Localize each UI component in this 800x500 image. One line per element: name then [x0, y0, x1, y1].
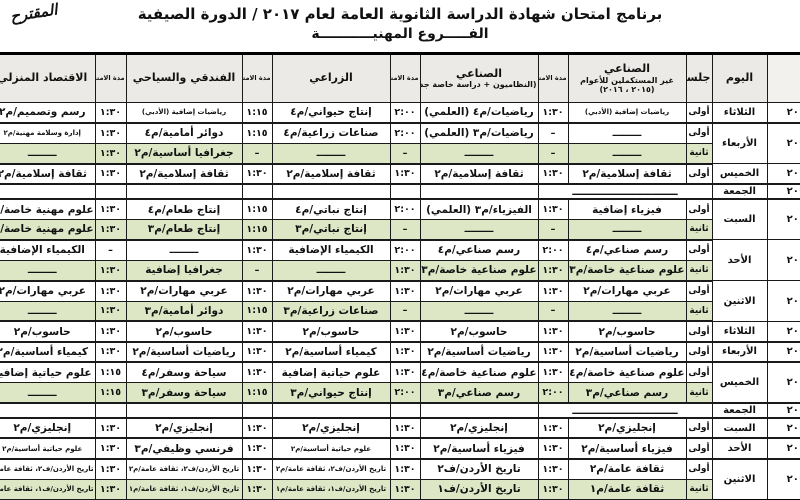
exam-subject-home-economics: ــــــــ — [0, 383, 95, 403]
empty-cell-duration-industrial-regular — [390, 403, 420, 418]
session-cell: أولى — [686, 438, 712, 458]
exam-subject-agricultural: إنجليزي/م٢ — [272, 418, 390, 438]
exam-subject-industrial-incomplete: إنجليزي/م٢ — [568, 418, 686, 438]
exam-subject-industrial-incomplete: ــــــــ — [568, 143, 686, 163]
exam-duration-duration-industrial-incomplete: – — [538, 143, 568, 163]
exam-duration-duration-agricultural: – — [242, 260, 272, 280]
exam-duration-duration-hotel-tourism: ١:٣٠ — [95, 281, 126, 301]
exam-duration-duration-industrial-incomplete: ١:٣٠ — [538, 479, 568, 499]
exam-duration-duration-industrial-regular: ٢:٠٠ — [390, 383, 420, 403]
exam-subject-agricultural: علوم حياتية أساسية/م٢ — [272, 438, 390, 458]
exam-subject-agricultural: عربي مهارات/م٢ — [272, 281, 390, 301]
empty-cell-hotel-tourism — [126, 184, 242, 199]
date-cell: ٢٠١ — [767, 164, 800, 184]
exam-duration-duration-industrial-regular: ١:٣٠ — [390, 438, 420, 458]
exam-subject-industrial-incomplete: ــــــــ — [568, 219, 686, 239]
empty-cell-hotel-tourism — [126, 403, 242, 418]
exam-subject-agricultural: إنتاج حيواني/م٣ — [272, 383, 390, 403]
industrial-incomplete-subtitle: غير المستكملين للأعوام — [570, 76, 685, 85]
exam-duration-duration-industrial-incomplete: ١:٣٠ — [538, 459, 568, 479]
exam-subject-industrial-incomplete: رسم صناعي/م٤ — [568, 240, 686, 260]
exam-subject-agricultural: علوم حياتية إضافية — [272, 362, 390, 382]
exam-duration-duration-hotel-tourism: – — [95, 240, 126, 260]
column-header-duration-hotel-tourism: مدة الامتحان بالساعة — [95, 54, 126, 103]
exam-duration-duration-agricultural: ١:١٥ — [242, 103, 272, 123]
exam-subject-home-economics: رسم وتصميم/م٢ — [0, 103, 95, 123]
exam-duration-duration-industrial-regular: ٢:٠٠ — [390, 240, 420, 260]
exam-subject-hotel-tourism: إنجليزي/م٢ — [126, 418, 242, 438]
exam-duration-duration-industrial-incomplete: ١:٣٠ — [538, 164, 568, 184]
empty-cell-duration-industrial-regular — [390, 184, 420, 199]
exam-subject-hotel-tourism: سياحة وسفر/م٣ — [126, 383, 242, 403]
date-cell: ٢٠١ — [767, 459, 800, 500]
exam-duration-duration-agricultural: ١:٣٠ — [242, 240, 272, 260]
exam-subject-hotel-tourism: إنتاج طعام/م٤ — [126, 199, 242, 219]
exam-duration-duration-hotel-tourism: ١:٣٠ — [95, 321, 126, 341]
empty-cell-industrial-regular — [420, 403, 538, 418]
exam-duration-duration-agricultural: ١:٣٠ — [242, 438, 272, 458]
schedule-row: ٢٠١الثلاثاءأولىحاسوب/م٢١:٣٠حاسوب/م٢١:٣٠ح… — [0, 321, 800, 341]
schedule-row: ثانيةــــــــ–ــــــــ–ــــــــ–جغرافيا … — [0, 143, 800, 163]
exam-subject-hotel-tourism: رياضيات إضافية (الأدبي) — [126, 103, 242, 123]
exam-duration-duration-industrial-incomplete: – — [538, 301, 568, 321]
exam-subject-industrial-regular: علوم صناعية خاصة/م٤ — [420, 362, 538, 382]
exam-duration-duration-agricultural: ١:٣٠ — [242, 342, 272, 362]
day-cell: السبت — [712, 199, 767, 240]
exam-subject-home-economics: إنجليزي/م٢ — [0, 418, 95, 438]
exam-subject-industrial-regular: تاريخ الأردن/ف١ — [420, 479, 538, 499]
exam-subject-agricultural: تاريخ الأردن/ف٢، ثقافة عامة/م٢ — [272, 459, 390, 479]
schedule-row: ٢٠١الأحدأولىرسم صناعي/م٤٢:٠٠رسم صناعي/م٤… — [0, 240, 800, 260]
exam-duration-duration-industrial-regular: ١:٣٠ — [390, 164, 420, 184]
empty-cell-agricultural — [272, 403, 390, 418]
friday-row: ٢٠١الجمعةــــــــــــــــــــــــــــ — [0, 184, 800, 199]
exam-duration-duration-agricultural: – — [242, 143, 272, 163]
date-cell: ٢٠١ — [767, 321, 800, 341]
column-header-duration-industrial-regular: مدة الامتحان بالساعة — [390, 54, 420, 103]
exam-duration-duration-hotel-tourism: ١:٣٠ — [95, 199, 126, 219]
exam-duration-duration-industrial-incomplete: – — [538, 219, 568, 239]
exam-subject-home-economics: علوم حياتية أساسية/م٢ — [0, 438, 95, 458]
exam-duration-duration-industrial-regular: – — [390, 219, 420, 239]
date-cell: ٢٠١ — [767, 342, 800, 362]
exam-subject-industrial-incomplete: ــــــــ — [568, 123, 686, 143]
day-cell: الأربعاء — [712, 342, 767, 362]
empty-cell-home-economics — [0, 184, 95, 199]
session-cell: أولى — [686, 418, 712, 438]
exam-subject-home-economics: عربي مهارات/م٢ — [0, 281, 95, 301]
exam-subject-industrial-regular: ــــــــ — [420, 301, 538, 321]
exam-duration-duration-hotel-tourism: ١:٣٠ — [95, 342, 126, 362]
exam-subject-hotel-tourism: فرنسي وظيفي/م٣ — [126, 438, 242, 458]
exam-duration-duration-industrial-incomplete: ١:٣٠ — [538, 438, 568, 458]
exam-subject-hotel-tourism: دوائر أمامية/م٣ — [126, 301, 242, 321]
exam-duration-duration-agricultural: ١:١٥ — [242, 383, 272, 403]
exam-subject-agricultural: تاريخ الأردن/ف١، ثقافة عامة/م١ — [272, 479, 390, 499]
schedule-row: ثانيةــــــــ–ــــــــ–إنتاج نباتي/م٣١:١… — [0, 219, 800, 239]
session-cell: أولى — [686, 342, 712, 362]
exam-subject-hotel-tourism: ــــــــ — [126, 240, 242, 260]
table-body: ٢٠١الثلاثاءأولىرياضيات إضافية (الأدبي)١:… — [0, 103, 800, 500]
schedule-row: ٢٠١السبتأولىإنجليزي/م٢١:٣٠إنجليزي/م٢١:٣٠… — [0, 418, 800, 438]
empty-cell-agricultural — [272, 184, 390, 199]
exam-subject-industrial-incomplete: ــــــــ — [568, 301, 686, 321]
document-title: برنامج امتحان شهادة الدراسة الثانوية الع… — [0, 5, 800, 23]
exam-duration-duration-agricultural: ١:٣٠ — [242, 164, 272, 184]
exam-duration-duration-industrial-incomplete: ١:٣٠ — [538, 103, 568, 123]
exam-subject-industrial-incomplete: حاسوب/م٢ — [568, 321, 686, 341]
exam-duration-duration-hotel-tourism: ١:٣٠ — [95, 103, 126, 123]
exam-subject-industrial-regular: فيزياء أساسية/م٢ — [420, 438, 538, 458]
exam-subject-home-economics: علوم مهنية خاصة/م٣ — [0, 219, 95, 239]
exam-duration-duration-hotel-tourism: ١:٣٠ — [95, 459, 126, 479]
exam-subject-industrial-regular: علوم صناعية خاصة/م٣ — [420, 260, 538, 280]
session-cell: أولى — [686, 240, 712, 260]
exam-duration-duration-industrial-regular: ٢:٠٠ — [390, 123, 420, 143]
exam-subject-industrial-incomplete: علوم صناعية خاصة/م٣ — [568, 260, 686, 280]
date-cell: ٢٠١ — [767, 184, 800, 199]
exam-subject-industrial-regular: رياضيات/م٤ (العلمي) — [420, 103, 538, 123]
exam-subject-home-economics: تاريخ الأردن/ف١، ثقافة عامة/م١ — [0, 479, 95, 499]
exam-duration-duration-hotel-tourism: ١:٣٠ — [95, 123, 126, 143]
exam-duration-duration-hotel-tourism: ١:٣٠ — [95, 164, 126, 184]
schedule-row: ٢٠١الخميسأولىعلوم صناعية خاصة/م٤١:٣٠علوم… — [0, 362, 800, 382]
industrial-regular-subtitle: (النظاميون + دراسة خاصة جدد) — [422, 80, 537, 89]
day-cell: الجمعة — [712, 403, 767, 418]
exam-subject-home-economics: ــــــــ — [0, 143, 95, 163]
exam-subject-home-economics: علوم حياتية إضافية — [0, 362, 95, 382]
exam-subject-industrial-regular: رسم صناعي/م٤ — [420, 240, 538, 260]
exam-duration-duration-agricultural: ١:٣٠ — [242, 479, 272, 499]
day-cell: الخميس — [712, 362, 767, 403]
exam-subject-home-economics: ثقافة إسلامية/م٢ — [0, 164, 95, 184]
exam-subject-hotel-tourism: حاسوب/م٢ — [126, 321, 242, 341]
date-cell: ٢٠١ — [767, 438, 800, 458]
session-cell: أولى — [686, 459, 712, 479]
exam-subject-industrial-incomplete: علوم صناعية خاصة/م٤ — [568, 362, 686, 382]
date-cell: ٢٠١ — [767, 403, 800, 418]
exam-subject-home-economics: كيمياء أساسية/م٢ — [0, 342, 95, 362]
session-cell: ثانية — [686, 219, 712, 239]
schedule-row: ثانيةثقافة عامة/م١١:٣٠تاريخ الأردن/ف١١:٣… — [0, 479, 800, 499]
exam-subject-industrial-regular: ــــــــ — [420, 219, 538, 239]
exam-duration-duration-industrial-incomplete: ١:٣٠ — [538, 342, 568, 362]
exam-duration-duration-hotel-tourism: ١:٣٠ — [95, 143, 126, 163]
session-cell: أولى — [686, 164, 712, 184]
exam-subject-industrial-incomplete: فيزياء إضافية — [568, 199, 686, 219]
exam-duration-duration-industrial-regular: – — [390, 301, 420, 321]
session-cell: ثانية — [686, 143, 712, 163]
column-header-duration-industrial-incomplete: مدة الامتحان بالساعة — [538, 54, 568, 103]
date-cell: ٢٠١ — [767, 418, 800, 438]
exam-subject-industrial-incomplete: ثقافة عامة/م٢ — [568, 459, 686, 479]
exam-subject-industrial-incomplete: رياضيات أساسية/م٢ — [568, 342, 686, 362]
industrial-incomplete-title: الصناعي — [570, 63, 685, 76]
exam-subject-industrial-regular: تاريخ الأردن/ف٢ — [420, 459, 538, 479]
exam-subject-industrial-incomplete: ثقافة إسلامية/م٢ — [568, 164, 686, 184]
exam-subject-hotel-tourism: رياضيات أساسية/م٢ — [126, 342, 242, 362]
exam-subject-industrial-regular: رياضيات/م٣ (العلمي) — [420, 123, 538, 143]
exam-subject-industrial-regular: الفيزياء/م٣ (العلمي) — [420, 199, 538, 219]
exam-subject-agricultural: صناعات زراعية/م٤ — [272, 123, 390, 143]
session-cell: ثانية — [686, 479, 712, 499]
exam-duration-duration-agricultural: ١:٣٠ — [242, 362, 272, 382]
exam-duration-duration-agricultural: ١:٣٠ — [242, 459, 272, 479]
day-cell: الجمعة — [712, 184, 767, 199]
schedule-row: ٢٠١الاثنينأولىثقافة عامة/م٢١:٣٠تاريخ الأ… — [0, 459, 800, 479]
exam-duration-duration-industrial-regular: – — [390, 143, 420, 163]
exam-duration-duration-industrial-incomplete: ٢:٠٠ — [538, 240, 568, 260]
exam-subject-industrial-incomplete: ثقافة عامة/م١ — [568, 479, 686, 499]
column-header-home-economics: الاقتصاد المنزلي — [0, 54, 95, 103]
exam-subject-hotel-tourism: جغرافيا إضافية — [126, 260, 242, 280]
friday-separator-line: ــــــــــــــــــــــــــــ — [538, 403, 712, 418]
exam-subject-agricultural: إنتاج حيواني/م٤ — [272, 103, 390, 123]
exam-subject-agricultural: إنتاج نباتي/م٤ — [272, 199, 390, 219]
exam-duration-duration-industrial-incomplete: ١:٣٠ — [538, 362, 568, 382]
exam-subject-agricultural: إنتاج نباتي/م٣ — [272, 219, 390, 239]
exam-duration-duration-industrial-regular: ١:٣٠ — [390, 459, 420, 479]
date-cell: ٢٠١ — [767, 123, 800, 164]
exam-duration-duration-agricultural: ١:١٥ — [242, 199, 272, 219]
exam-duration-duration-industrial-regular: ١:٣٠ — [390, 479, 420, 499]
date-cell: ٢٠١ — [767, 103, 800, 123]
exam-subject-industrial-regular: حاسوب/م٢ — [420, 321, 538, 341]
exam-duration-duration-hotel-tourism: ١:٣٠ — [95, 219, 126, 239]
date-cell: ٢٠١ — [767, 199, 800, 240]
friday-row: ٢٠١الجمعةــــــــــــــــــــــــــــ — [0, 403, 800, 418]
exam-duration-duration-industrial-regular: ٢:٠٠ — [390, 199, 420, 219]
exam-duration-duration-industrial-incomplete: – — [538, 123, 568, 143]
session-cell: ثانية — [686, 260, 712, 280]
friday-separator-line: ــــــــــــــــــــــــــــ — [538, 184, 712, 199]
schedule-row: ٢٠١الخميسأولىثقافة إسلامية/م٢١:٣٠ثقافة إ… — [0, 164, 800, 184]
exam-duration-duration-hotel-tourism: ١:٣٠ — [95, 438, 126, 458]
day-cell: الثلاثاء — [712, 321, 767, 341]
column-header-industrial-incomplete: الصناعي غير المستكملين للأعوام (٢٠١٥ ، ٢… — [568, 54, 686, 103]
exam-subject-agricultural: صناعات زراعية/م٣ — [272, 301, 390, 321]
exam-subject-industrial-regular: رياضيات أساسية/م٢ — [420, 342, 538, 362]
schedule-row: ثانيةعلوم صناعية خاصة/م٣١:٣٠علوم صناعية … — [0, 260, 800, 280]
exam-duration-duration-industrial-regular: ١:٣٠ — [390, 281, 420, 301]
exam-subject-home-economics: ــــــــ — [0, 260, 95, 280]
empty-cell-duration-agricultural — [242, 403, 272, 418]
column-header-duration-agricultural: مدة الامتحان بالساعة — [242, 54, 272, 103]
schedule-row: ٢٠١الأحدأولىفيزياء أساسية/م٢١:٣٠فيزياء أ… — [0, 438, 800, 458]
schedule-row: ثانيةــــــــ–ــــــــ–صناعات زراعية/م٣١… — [0, 301, 800, 321]
exam-duration-duration-industrial-incomplete: ٢:٠٠ — [538, 383, 568, 403]
exam-subject-agricultural: ــــــــ — [272, 143, 390, 163]
exam-duration-duration-industrial-regular: ٢:٠٠ — [390, 103, 420, 123]
exam-subject-hotel-tourism: دوائر أمامية/م٤ — [126, 123, 242, 143]
exam-subject-hotel-tourism: سياحة وسفر/م٤ — [126, 362, 242, 382]
date-cell: ٢٠١ — [767, 281, 800, 322]
industrial-incomplete-years: (٢٠١٥ ، ٢٠١٦) — [570, 85, 685, 94]
column-header-hotel-tourism: الفندقي والسياحي — [126, 54, 242, 103]
exam-duration-duration-industrial-incomplete: ١:٣٠ — [538, 321, 568, 341]
empty-cell-industrial-regular — [420, 184, 538, 199]
exam-duration-duration-agricultural: ١:٣٠ — [242, 321, 272, 341]
day-cell: الثلاثاء — [712, 103, 767, 123]
schedule-row: ٢٠١الاثنينأولىعربي مهارات/م٢١:٣٠عربي مها… — [0, 281, 800, 301]
exam-subject-industrial-regular: رسم صناعي/م٣ — [420, 383, 538, 403]
empty-cell-duration-agricultural — [242, 184, 272, 199]
column-header-agricultural: الزراعي — [272, 54, 390, 103]
column-header-session: جلسة — [686, 54, 712, 103]
exam-subject-hotel-tourism: ثقافة إسلامية/م٢ — [126, 164, 242, 184]
exam-duration-duration-agricultural: ١:١٥ — [242, 219, 272, 239]
exam-duration-duration-industrial-regular: ١:٣٠ — [390, 342, 420, 362]
date-cell: ٢٠١ — [767, 362, 800, 403]
session-cell: أولى — [686, 103, 712, 123]
exam-subject-industrial-regular: إنجليزي/م٢ — [420, 418, 538, 438]
exam-subject-home-economics: تاريخ الأردن/ف٢، ثقافة عامة/م٢ — [0, 459, 95, 479]
exam-schedule-table: اليوم جلسة الصناعي غير المستكملين للأعوا… — [0, 52, 800, 500]
column-header-date — [767, 54, 800, 103]
exam-duration-duration-hotel-tourism: ١:٣٠ — [95, 301, 126, 321]
exam-subject-home-economics: حاسوب/م٢ — [0, 321, 95, 341]
day-cell: الأحد — [712, 240, 767, 281]
column-header-industrial-regular: الصناعي (النظاميون + دراسة خاصة جدد) — [420, 54, 538, 103]
empty-cell-duration-hotel-tourism — [95, 184, 126, 199]
session-cell: أولى — [686, 123, 712, 143]
document-page: المقترح برنامج امتحان شهادة الدراسة الثا… — [0, 0, 800, 500]
exam-duration-duration-hotel-tourism: ١:١٥ — [95, 383, 126, 403]
exam-subject-industrial-incomplete: عربي مهارات/م٢ — [568, 281, 686, 301]
date-cell: ٢٠١ — [767, 240, 800, 281]
exam-duration-duration-agricultural: ١:١٥ — [242, 301, 272, 321]
schedule-row: ٢٠١الثلاثاءأولىرياضيات إضافية (الأدبي)١:… — [0, 103, 800, 123]
exam-duration-duration-industrial-regular: ١:٣٠ — [390, 260, 420, 280]
column-header-day: اليوم — [712, 54, 767, 103]
exam-duration-duration-industrial-regular: ١:٣٠ — [390, 362, 420, 382]
exam-subject-industrial-incomplete: رياضيات إضافية (الأدبي) — [568, 103, 686, 123]
exam-subject-hotel-tourism: تاريخ الأردن/ف٢، ثقافة عامة/م٢ — [126, 459, 242, 479]
exam-subject-home-economics: ــــــــ — [0, 301, 95, 321]
session-cell: أولى — [686, 281, 712, 301]
document-subtitle: الفـــــروع المهنيـــــــــــة — [0, 26, 800, 42]
session-cell: أولى — [686, 321, 712, 341]
exam-duration-duration-agricultural: ١:١٥ — [242, 123, 272, 143]
exam-subject-industrial-incomplete: رسم صناعي/م٣ — [568, 383, 686, 403]
exam-subject-hotel-tourism: تاريخ الأردن/ف١، ثقافة عامة/م١ — [126, 479, 242, 499]
exam-duration-duration-industrial-incomplete: ١:٣٠ — [538, 260, 568, 280]
exam-duration-duration-industrial-regular: ١:٣٠ — [390, 418, 420, 438]
day-cell: الأحد — [712, 438, 767, 458]
empty-cell-duration-hotel-tourism — [95, 403, 126, 418]
industrial-regular-title: الصناعي — [422, 68, 537, 81]
table-header-row: اليوم جلسة الصناعي غير المستكملين للأعوا… — [0, 54, 800, 103]
exam-subject-home-economics: الكيمياء الإضافية — [0, 240, 95, 260]
day-cell: السبت — [712, 418, 767, 438]
exam-subject-hotel-tourism: عربي مهارات/م٢ — [126, 281, 242, 301]
exam-subject-agricultural: ــــــــ — [272, 260, 390, 280]
session-cell: ثانية — [686, 383, 712, 403]
day-cell: الخميس — [712, 164, 767, 184]
exam-subject-agricultural: كيمياء أساسية/م٢ — [272, 342, 390, 362]
exam-duration-duration-agricultural: ١:٣٠ — [242, 281, 272, 301]
exam-subject-hotel-tourism: إنتاج طعام/م٣ — [126, 219, 242, 239]
exam-subject-hotel-tourism: جغرافيا أساسية/م٢ — [126, 143, 242, 163]
exam-duration-duration-agricultural: ١:٣٠ — [242, 418, 272, 438]
exam-subject-agricultural: الكيمياء الإضافية — [272, 240, 390, 260]
exam-duration-duration-hotel-tourism: ١:١٥ — [95, 362, 126, 382]
schedule-row: ٢٠١الأربعاءأولىرياضيات أساسية/م٢١:٣٠رياض… — [0, 342, 800, 362]
exam-subject-home-economics: علوم مهنية خاصة/م٤ — [0, 199, 95, 219]
schedule-row: ثانيةرسم صناعي/م٣٢:٠٠رسم صناعي/م٣٢:٠٠إنت… — [0, 383, 800, 403]
exam-duration-duration-industrial-incomplete: ١:٣٠ — [538, 281, 568, 301]
empty-cell-home-economics — [0, 403, 95, 418]
exam-duration-duration-hotel-tourism: ١:٣٠ — [95, 479, 126, 499]
exam-subject-industrial-regular: ــــــــ — [420, 143, 538, 163]
exam-subject-home-economics: إدارة وسلامة مهنية/م٢ — [0, 123, 95, 143]
day-cell: الاثنين — [712, 459, 767, 500]
exam-subject-industrial-incomplete: فيزياء أساسية/م٢ — [568, 438, 686, 458]
schedule-row: ٢٠١الأربعاءأولىــــــــ–رياضيات/م٣ (العل… — [0, 123, 800, 143]
exam-duration-duration-hotel-tourism: ١:٣٠ — [95, 418, 126, 438]
schedule-row: ٢٠١السبتأولىفيزياء إضافية١:٣٠الفيزياء/م٣… — [0, 199, 800, 219]
session-cell: ثانية — [686, 301, 712, 321]
session-cell: أولى — [686, 199, 712, 219]
exam-duration-duration-hotel-tourism: ١:٣٠ — [95, 260, 126, 280]
exam-subject-agricultural: حاسوب/م٢ — [272, 321, 390, 341]
exam-subject-agricultural: ثقافة إسلامية/م٢ — [272, 164, 390, 184]
exam-duration-duration-industrial-incomplete: ١:٣٠ — [538, 418, 568, 438]
document-header: برنامج امتحان شهادة الدراسة الثانوية الع… — [0, 0, 800, 42]
day-cell: الأربعاء — [712, 123, 767, 164]
exam-subject-industrial-regular: ثقافة إسلامية/م٢ — [420, 164, 538, 184]
exam-subject-industrial-regular: عربي مهارات/م٢ — [420, 281, 538, 301]
day-cell: الاثنين — [712, 281, 767, 322]
exam-duration-duration-industrial-incomplete: ١:٣٠ — [538, 199, 568, 219]
session-cell: أولى — [686, 362, 712, 382]
exam-duration-duration-industrial-regular: ١:٣٠ — [390, 321, 420, 341]
